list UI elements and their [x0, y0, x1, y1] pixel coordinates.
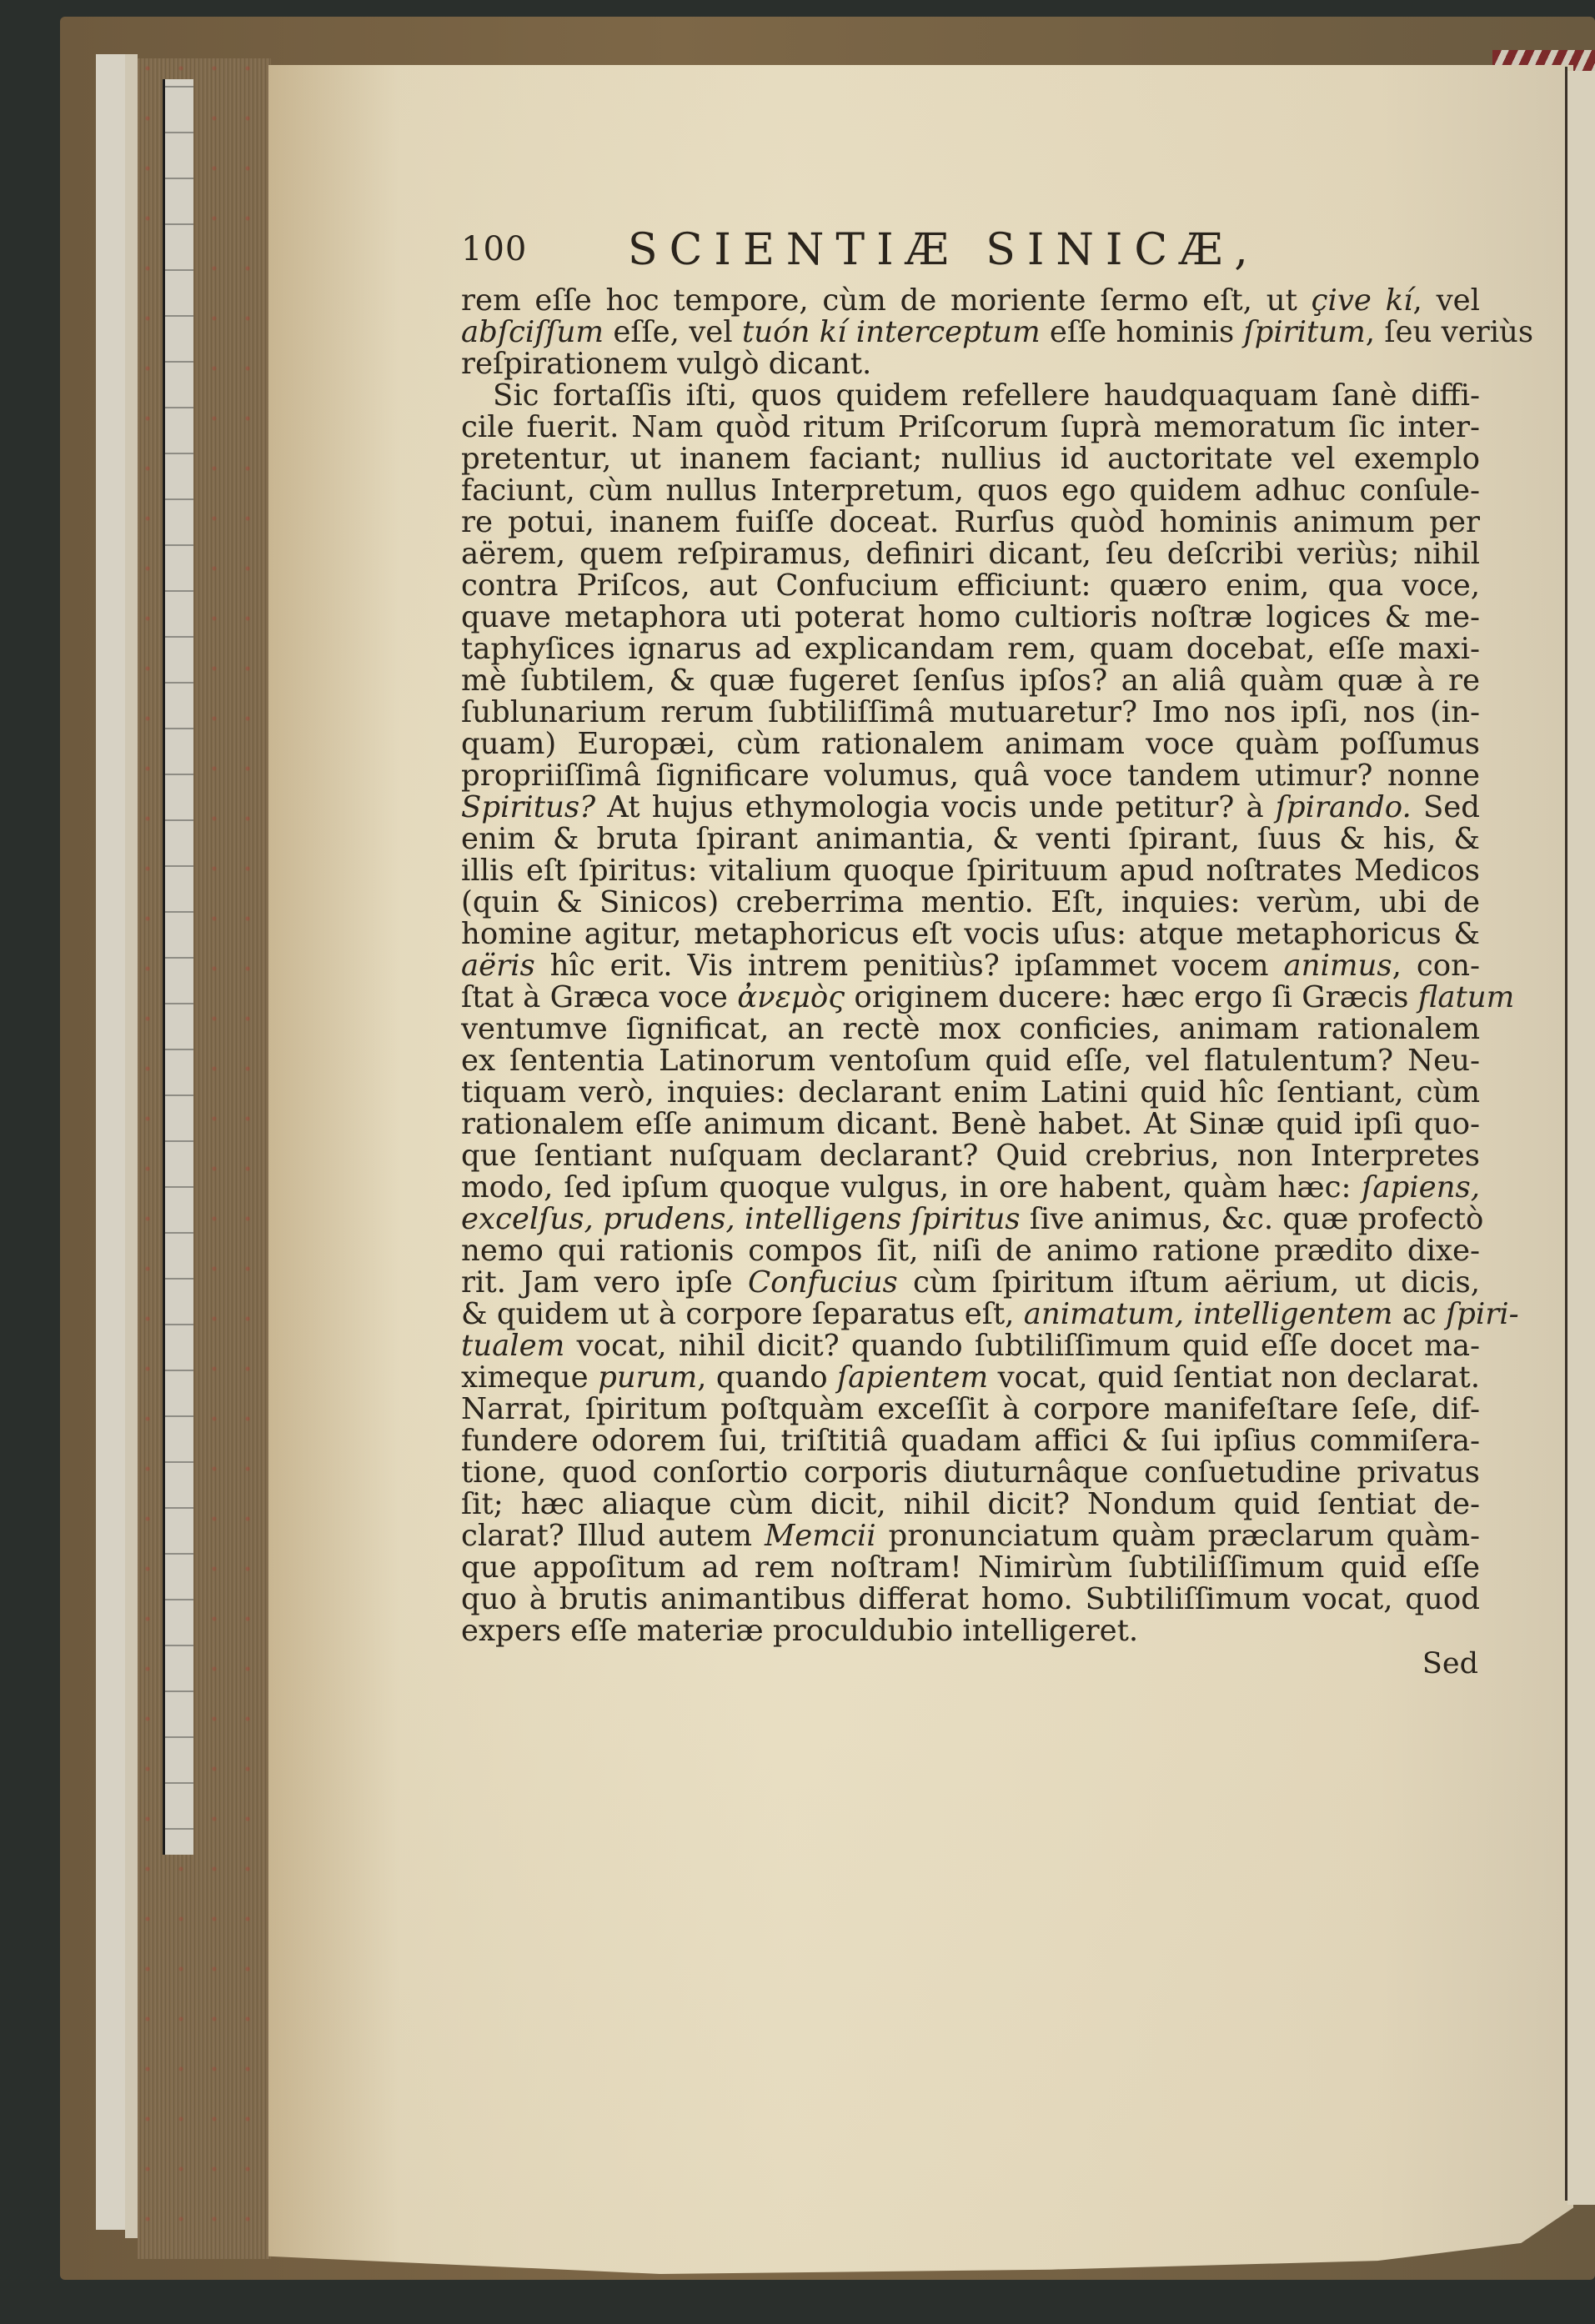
- text-run: hîc erit. Vis intrem penitiùs? ipſammet …: [535, 949, 1284, 983]
- text-line: tione, quod conſortio corporis diuturnâq…: [461, 1457, 1480, 1489]
- text-run: quave metaphora uti poterat homo cultior…: [461, 600, 1480, 634]
- text-line: enim & bruta ſpirant animantia, & venti …: [461, 824, 1480, 855]
- text-run: Narrat, ſpiritum poſtquàm exceſſit à cor…: [461, 1392, 1480, 1426]
- italic-run: ἀνεμὸς: [737, 980, 845, 1014]
- page-number: 100: [461, 230, 527, 268]
- text-line: (quin & Sinicos) creberrima mentio. Eſt,…: [461, 887, 1480, 919]
- text-line: taphyſices ignarus ad explicandam rem, q…: [461, 634, 1480, 665]
- text-line: reſpirationem vulgò dicant.: [461, 348, 1480, 380]
- text-run: expers eſſe materiæ proculdubio intellig…: [461, 1614, 1138, 1648]
- page-block-edge: [138, 58, 271, 2259]
- text-run: pronunciatum quàm præclarum quàm-: [876, 1519, 1480, 1553]
- text-run: clarat? Illud autem: [461, 1519, 765, 1553]
- text-run: modo, ſed ipſum quoque vulgus, in ore ha…: [461, 1170, 1362, 1205]
- italic-run: Memcii: [765, 1519, 876, 1553]
- text-run: aërem, quem reſpiramus, definiri dicant,…: [461, 537, 1480, 571]
- italic-run: animus: [1284, 949, 1392, 983]
- text-run: que appoſitum ad rem noſtram! Nimirùm ſu…: [461, 1550, 1480, 1585]
- text-run: cùm ſpiritum iſtum aërium, ut dicis,: [898, 1265, 1480, 1300]
- text-run: re potui, inanem fuiſſe doceat. Rurſus q…: [461, 505, 1480, 539]
- text-run: fundere odorem ſui, triſtitiâ quadam aff…: [461, 1424, 1480, 1458]
- text-run: tiquam verò, inquies: declarant enim Lat…: [461, 1075, 1480, 1109]
- running-title: SCIENTIÆ SINICÆ,: [628, 225, 1260, 275]
- endpaper-edge: [125, 54, 138, 2238]
- italic-run: tuón kí interceptum: [742, 315, 1041, 349]
- text-run: contra Priſcos, aut Confucium efficiunt:…: [461, 568, 1480, 603]
- text-run: mè ſubtilem, & quæ fugeret ſenſus ipſos?…: [461, 664, 1480, 698]
- text-line: Spiritus? At hujus ethymologia vocis und…: [461, 792, 1480, 824]
- text-run: nemo qui rationis compos ſit, niſi de an…: [461, 1234, 1480, 1268]
- text-line: Sic fortaſſis iſti, quos quidem refeller…: [461, 380, 1480, 412]
- text-line: ſtat à Græca voce ἀνεμὸς originem ducere…: [461, 982, 1480, 1014]
- page-text: 100 SCIENTIÆ SINICÆ, rem eſſe hoc tempor…: [461, 225, 1478, 1689]
- text-line: cile fuerit. Nam quòd ritum Priſcorum ſu…: [461, 412, 1480, 443]
- text-line: contra Priſcos, aut Confucium efficiunt:…: [461, 570, 1480, 602]
- text-run: (quin & Sinicos) creberrima mentio. Eſt,…: [461, 885, 1480, 919]
- text-line: abſciſſum eſſe, vel tuón kí interceptum …: [461, 317, 1480, 348]
- italic-run: ſapientem: [837, 1360, 988, 1395]
- text-run: ſive animus, &c. quæ profectò: [1021, 1202, 1484, 1236]
- text-line: rationalem eſſe animum dicant. Benè habe…: [461, 1109, 1480, 1140]
- text-run: , vel: [1413, 283, 1480, 318]
- bookmark-slip: [163, 79, 193, 1855]
- endpaper: [96, 54, 127, 2230]
- text-line: expers eſſe materiæ proculdubio intellig…: [461, 1615, 1480, 1647]
- italic-run: excelſus, prudens, intelligens ſpiritus: [461, 1202, 1021, 1236]
- text-run: , ſeu veriùs: [1366, 315, 1533, 349]
- italic-run: tualem: [461, 1329, 564, 1363]
- text-run: quo à brutis animantibus differat homo. …: [461, 1582, 1480, 1616]
- text-run: faciunt, cùm nullus Interpretum, quos eg…: [461, 473, 1480, 508]
- text-line: Narrat, ſpiritum poſtquàm exceſſit à cor…: [461, 1394, 1480, 1425]
- text-run: ſublunarium rerum ſubtiliſſimâ mutuaretu…: [461, 695, 1480, 729]
- facing-page-edge: [1567, 71, 1595, 2205]
- text-line: excelſus, prudens, intelligens ſpiritus …: [461, 1204, 1480, 1235]
- italic-run: Confucius: [748, 1265, 898, 1300]
- text-run: reſpirationem vulgò dicant.: [461, 347, 871, 381]
- text-run: originem ducere: hæc ergo ſi Græcis: [845, 980, 1418, 1014]
- italic-run: ſpirando.: [1276, 790, 1412, 824]
- text-run: illis eſt ſpiritus: vitalium quoque ſpir…: [461, 854, 1480, 888]
- text-line: propriiſſimâ ſignificare volumus, quâ vo…: [461, 760, 1480, 792]
- text-run: Sic fortaſſis iſti, quos quidem refeller…: [493, 378, 1480, 413]
- text-line: ſublunarium rerum ſubtiliſſimâ mutuaretu…: [461, 697, 1480, 729]
- running-head: 100 SCIENTIÆ SINICÆ,: [461, 225, 1478, 285]
- text-run: quam) Europæi, cùm rationalem animam voc…: [461, 727, 1480, 761]
- text-run: tione, quod conſortio corporis diuturnâq…: [461, 1455, 1480, 1490]
- text-line: re potui, inanem fuiſſe doceat. Rurſus q…: [461, 507, 1480, 538]
- text-line: mè ſubtilem, & quæ fugeret ſenſus ipſos?…: [461, 665, 1480, 697]
- italic-run: ſpiritum: [1243, 315, 1365, 349]
- text-line: aëris hîc erit. Vis intrem penitiùs? ipſ…: [461, 950, 1480, 982]
- text-run: ventumve ſignificat, an rectè mox confic…: [461, 1012, 1480, 1046]
- text-run: ac: [1392, 1297, 1446, 1331]
- text-line: ex ſententia Latinorum ventoſum quid eſſ…: [461, 1045, 1480, 1077]
- text-line: ximeque purum, quando ſapientem vocat, q…: [461, 1362, 1480, 1394]
- text-line: homine agitur, metaphoricus eſt vocis uſ…: [461, 919, 1480, 950]
- text-run: rationalem eſſe animum dicant. Benè habe…: [461, 1107, 1480, 1141]
- text-line: quave metaphora uti poterat homo cultior…: [461, 602, 1480, 634]
- text-run: taphyſices ignarus ad explicandam rem, q…: [461, 632, 1480, 666]
- text-run: cile fuerit. Nam quòd ritum Priſcorum ſu…: [461, 410, 1480, 444]
- text-line: nemo qui rationis compos ſit, niſi de an…: [461, 1235, 1480, 1267]
- text-run: propriiſſimâ ſignificare volumus, quâ vo…: [461, 759, 1480, 793]
- italic-run: flatum: [1418, 980, 1515, 1014]
- text-run: ſit; hæc aliaque cùm dicit, nihil dicit?…: [461, 1487, 1480, 1521]
- text-run: & quidem ut à corpore ſeparatus eſt,: [461, 1297, 1024, 1331]
- text-line: aërem, quem reſpiramus, definiri dicant,…: [461, 538, 1480, 570]
- text-run: pretentur, ut inanem faciant; nullius id…: [461, 442, 1480, 476]
- text-line: rem eſſe hoc tempore, cùm de moriente ſe…: [461, 285, 1480, 317]
- italic-run: aëris: [461, 949, 535, 983]
- text-run: que ſentiant nuſquam declarant? Quid cre…: [461, 1139, 1480, 1173]
- text-line: quam) Europæi, cùm rationalem animam voc…: [461, 729, 1480, 760]
- text-line: ſit; hæc aliaque cùm dicit, nihil dicit?…: [461, 1489, 1480, 1520]
- text-line: rit. Jam vero ipſe Confucius cùm ſpiritu…: [461, 1267, 1480, 1299]
- body-text: rem eſſe hoc tempore, cùm de moriente ſe…: [461, 285, 1478, 1647]
- text-line: pretentur, ut inanem faciant; nullius id…: [461, 443, 1480, 475]
- italic-run: Spiritus?: [461, 790, 595, 824]
- text-line: faciunt, cùm nullus Interpretum, quos eg…: [461, 475, 1480, 507]
- catchword: Sed: [1422, 1647, 1478, 1680]
- text-run: vocat, nihil dicit? quando ſubtiliſſimum…: [564, 1329, 1480, 1363]
- text-run: , quando: [697, 1360, 837, 1395]
- text-run: eſſe, vel: [604, 315, 742, 349]
- text-run: vocat, quid ſentiat non declarat.: [988, 1360, 1480, 1395]
- text-line: & quidem ut à corpore ſeparatus eſt, ani…: [461, 1299, 1480, 1330]
- text-run: Sed: [1412, 790, 1480, 824]
- text-run: rem eſſe hoc tempore, cùm de moriente ſe…: [461, 283, 1312, 318]
- text-run: , con-: [1392, 949, 1480, 983]
- text-run: ex ſententia Latinorum ventoſum quid eſſ…: [461, 1044, 1480, 1078]
- text-run: enim & bruta ſpirant animantia, & venti …: [461, 822, 1480, 856]
- italic-run: ſpiri-: [1446, 1297, 1519, 1331]
- italic-run: ſapiens,: [1362, 1170, 1480, 1205]
- text-run: ſtat à Græca voce: [461, 980, 737, 1014]
- text-line: tualem vocat, nihil dicit? quando ſubtil…: [461, 1330, 1480, 1362]
- italic-run: çive kí: [1312, 283, 1413, 318]
- text-run: eſſe hominis: [1041, 315, 1244, 349]
- text-line: tiquam verò, inquies: declarant enim Lat…: [461, 1077, 1480, 1109]
- italic-run: purum: [598, 1360, 697, 1395]
- text-run: ximeque: [461, 1360, 598, 1395]
- text-line: ventumve ſignificat, an rectè mox confic…: [461, 1014, 1480, 1045]
- text-run: rit. Jam vero ipſe: [461, 1265, 748, 1300]
- text-line: fundere odorem ſui, triſtitiâ quadam aff…: [461, 1425, 1480, 1457]
- italic-run: abſciſſum: [461, 315, 604, 349]
- text-line: quo à brutis animantibus differat homo. …: [461, 1584, 1480, 1615]
- text-line: que ſentiant nuſquam declarant? Quid cre…: [461, 1140, 1480, 1172]
- text-line: clarat? Illud autem Memcii pronunciatum …: [461, 1520, 1480, 1552]
- text-line: que appoſitum ad rem noſtram! Nimirùm ſu…: [461, 1552, 1480, 1584]
- text-line: illis eſt ſpiritus: vitalium quoque ſpir…: [461, 855, 1480, 887]
- text-line: modo, ſed ipſum quoque vulgus, in ore ha…: [461, 1172, 1480, 1204]
- italic-run: animatum, intelligentem: [1024, 1297, 1393, 1331]
- text-run: At hujus ethymologia vocis unde petitur?…: [595, 790, 1276, 824]
- text-run: homine agitur, metaphoricus eſt vocis uſ…: [461, 917, 1480, 951]
